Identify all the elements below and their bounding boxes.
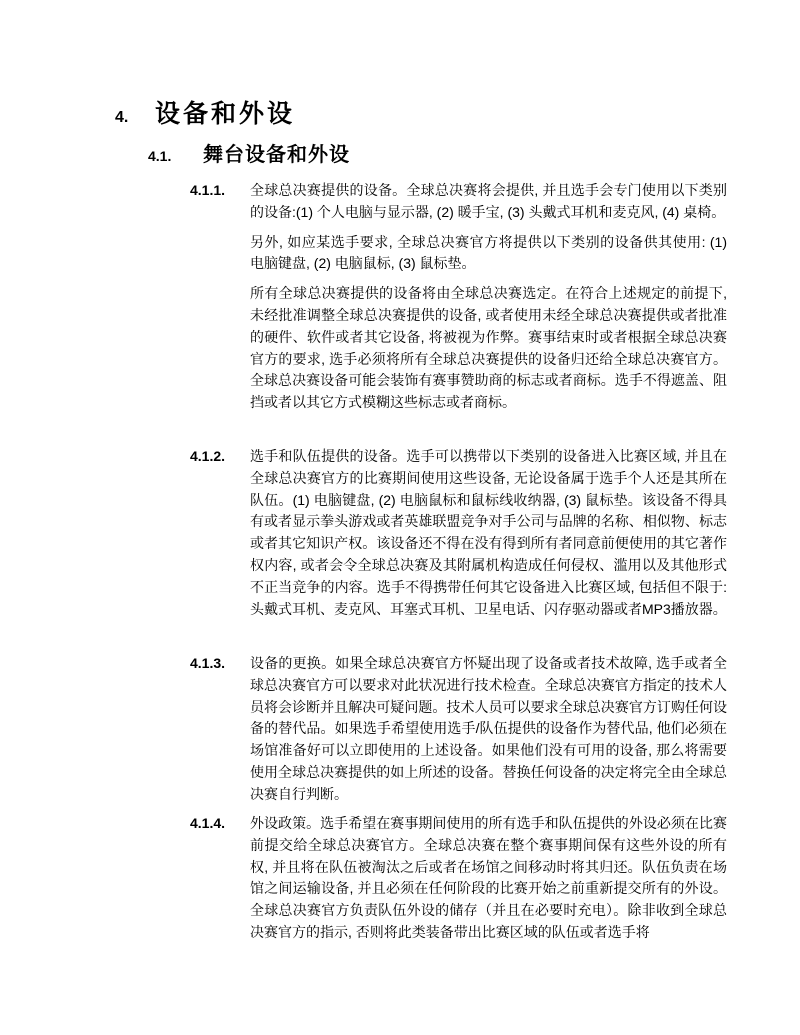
- paragraph: 选手和队伍提供的设备。选手可以携带以下类别的设备进入比赛区域, 并且在全球总决赛…: [250, 446, 727, 620]
- subsection-number: 4.1.: [148, 148, 203, 164]
- chapter-heading: 4. 设备和外设: [115, 94, 295, 130]
- clause-body: 全球总决赛提供的设备。全球总决赛将会提供, 并且选手会专门使用以下类别的设备:(…: [250, 180, 727, 414]
- clause-number: 4.1.1.: [190, 180, 250, 202]
- subsection-heading: 4.1. 舞台设备和外设: [148, 138, 350, 167]
- clause-number: 4.1.3.: [190, 653, 250, 675]
- document-page: 4. 设备和外设 4.1. 舞台设备和外设 4.1.1. 全球总决赛提供的设备。…: [0, 0, 800, 1035]
- clause-number: 4.1.4.: [190, 813, 250, 835]
- clause-number: 4.1.2.: [190, 446, 250, 468]
- subsection-title: 舞台设备和外设: [203, 138, 350, 167]
- paragraph: 外设政策。选手希望在赛事期间使用的所有选手和队伍提供的外设必须在比赛前提交给全球…: [250, 813, 727, 944]
- clause-4-1-3: 4.1.3. 设备的更换。如果全球总决赛官方怀疑出现了设备或者技术故障, 选手或…: [190, 653, 727, 806]
- clause-4-1-1: 4.1.1. 全球总决赛提供的设备。全球总决赛将会提供, 并且选手会专门使用以下…: [190, 180, 727, 414]
- paragraph: 设备的更换。如果全球总决赛官方怀疑出现了设备或者技术故障, 选手或者全球总决赛官…: [250, 653, 727, 806]
- clause-body: 设备的更换。如果全球总决赛官方怀疑出现了设备或者技术故障, 选手或者全球总决赛官…: [250, 653, 727, 806]
- chapter-number: 4.: [115, 109, 155, 127]
- clause-body: 外设政策。选手希望在赛事期间使用的所有选手和队伍提供的外设必须在比赛前提交给全球…: [250, 813, 727, 944]
- clause-4-1-2: 4.1.2. 选手和队伍提供的设备。选手可以携带以下类别的设备进入比赛区域, 并…: [190, 446, 727, 620]
- paragraph: 所有全球总决赛提供的设备将由全球总决赛选定。在符合上述规定的前提下, 未经批准调…: [250, 283, 727, 414]
- clause-body: 选手和队伍提供的设备。选手可以携带以下类别的设备进入比赛区域, 并且在全球总决赛…: [250, 446, 727, 620]
- chapter-title: 设备和外设: [155, 94, 295, 130]
- paragraph: 另外, 如应某选手要求, 全球总决赛官方将提供以下类别的设备供其使用: (1) …: [250, 232, 727, 276]
- clause-4-1-4: 4.1.4. 外设政策。选手希望在赛事期间使用的所有选手和队伍提供的外设必须在比…: [190, 813, 727, 944]
- paragraph: 全球总决赛提供的设备。全球总决赛将会提供, 并且选手会专门使用以下类别的设备:(…: [250, 180, 727, 224]
